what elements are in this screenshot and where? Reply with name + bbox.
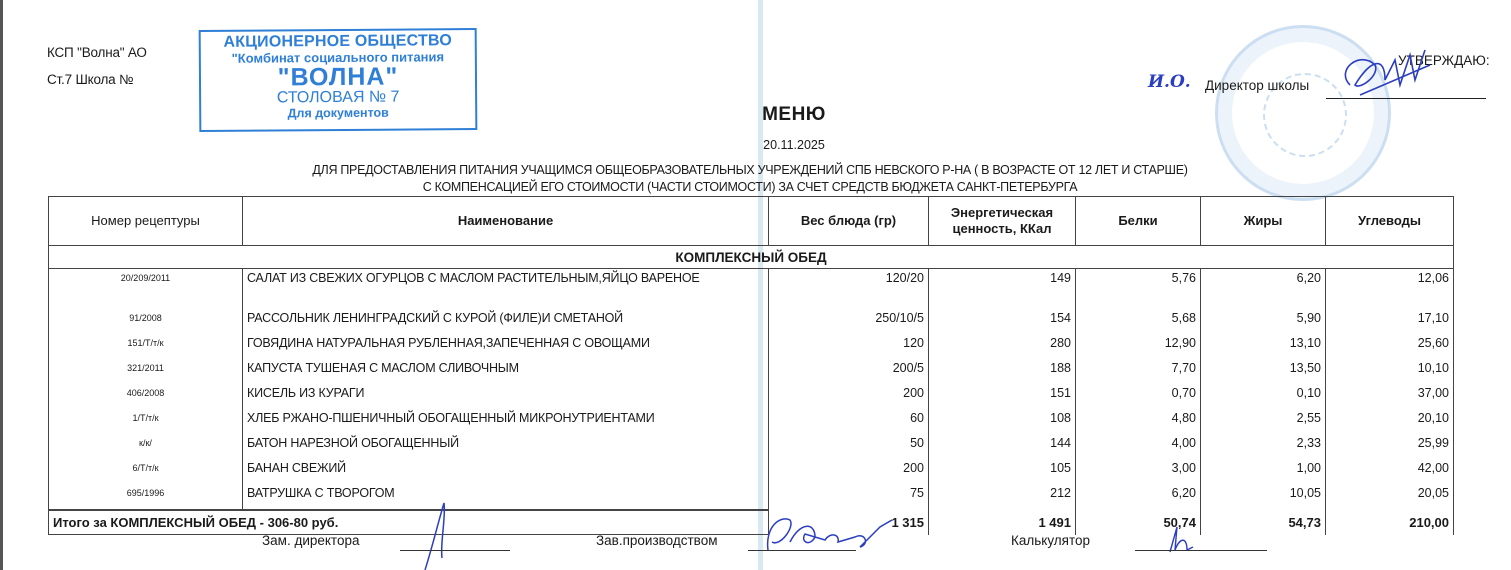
cell-name: ХЛЕБ РЖАНО-ПШЕНИЧНЫЙ ОБОГАЩЕННЫЙ МИКРОНУ… bbox=[243, 409, 769, 434]
cell-name: БАНАН СВЕЖИЙ bbox=[243, 459, 769, 484]
table-row: 1/Т/т/кХЛЕБ РЖАНО-ПШЕНИЧНЫЙ ОБОГАЩЕННЫЙ … bbox=[49, 409, 1454, 434]
cell-protein: 5,76 bbox=[1076, 269, 1201, 310]
table-row: к/к/БАТОН НАРЕЗНОЙ ОБОГАЩЕННЫЙ501444,002… bbox=[49, 434, 1454, 459]
cell-fat: 2,33 bbox=[1201, 434, 1326, 459]
cell-code: 406/2008 bbox=[49, 384, 243, 409]
page-title: МЕНЮ bbox=[0, 104, 1511, 126]
calculator-label: Калькулятор bbox=[1011, 533, 1090, 548]
cell-carbs: 37,00 bbox=[1326, 384, 1454, 409]
cell-carbs: 25,99 bbox=[1326, 434, 1454, 459]
section-row: КОМПЛЕКСНЫЙ ОБЕД bbox=[49, 246, 1454, 269]
cell-carbs: 20,05 bbox=[1326, 484, 1454, 510]
table-row: 406/2008КИСЕЛЬ ИЗ КУРАГИ2001510,700,1037… bbox=[49, 384, 1454, 409]
total-fat: 54,73 bbox=[1201, 510, 1326, 535]
cell-protein: 5,68 bbox=[1076, 309, 1201, 334]
org-name: КСП "Волна" АО bbox=[47, 45, 147, 60]
stamp-line-3: "ВОЛНА" bbox=[201, 64, 475, 90]
cell-energy: 108 bbox=[929, 409, 1076, 434]
cell-protein: 4,80 bbox=[1076, 409, 1201, 434]
org-school: Ст.7 Школа № bbox=[47, 72, 133, 87]
cell-protein: 0,70 bbox=[1076, 384, 1201, 409]
deputy-signature-icon bbox=[420, 498, 460, 570]
production-head-signature-icon bbox=[760, 512, 910, 562]
cell-weight: 200 bbox=[769, 384, 929, 409]
deputy-director-signature-line bbox=[400, 550, 510, 551]
acting-mark: И.О. bbox=[1148, 72, 1191, 92]
cell-weight: 75 bbox=[769, 484, 929, 510]
cell-carbs: 42,00 bbox=[1326, 459, 1454, 484]
cell-protein: 4,00 bbox=[1076, 434, 1201, 459]
table-row: 321/2011КАПУСТА ТУШЕНАЯ С МАСЛОМ СЛИВОЧН… bbox=[49, 359, 1454, 384]
cell-protein: 7,70 bbox=[1076, 359, 1201, 384]
cell-carbs: 10,10 bbox=[1326, 359, 1454, 384]
cell-code: 1/Т/т/к bbox=[49, 409, 243, 434]
cell-name: КАПУСТА ТУШЕНАЯ С МАСЛОМ СЛИВОЧНЫМ bbox=[243, 359, 769, 384]
cell-weight: 250/10/5 bbox=[769, 309, 929, 334]
cell-name: ГОВЯДИНА НАТУРАЛЬНАЯ РУБЛЕННАЯ,ЗАПЕЧЕННА… bbox=[243, 334, 769, 359]
total-energy: 1 491 bbox=[929, 510, 1076, 535]
cell-code: 20/209/2011 bbox=[49, 269, 243, 310]
table-row: 695/1996ВАТРУШКА С ТВОРОГОМ752126,2010,0… bbox=[49, 484, 1454, 510]
cell-carbs: 17,10 bbox=[1326, 309, 1454, 334]
cell-energy: 212 bbox=[929, 484, 1076, 510]
column-header-code: Номер рецептуры bbox=[49, 197, 243, 246]
column-header-carbs: Углеводы bbox=[1326, 197, 1454, 246]
cell-name: КИСЕЛЬ ИЗ КУРАГИ bbox=[243, 384, 769, 409]
director-label: Директор школы bbox=[1205, 78, 1309, 93]
cell-fat: 2,55 bbox=[1201, 409, 1326, 434]
table-row: 6/Т/т/кБАНАН СВЕЖИЙ2001053,001,0042,00 bbox=[49, 459, 1454, 484]
cell-weight: 200 bbox=[769, 459, 929, 484]
column-header-name: Наименование bbox=[243, 197, 769, 246]
cell-name: САЛАТ ИЗ СВЕЖИХ ОГУРЦОВ С МАСЛОМ РАСТИТЕ… bbox=[243, 269, 769, 310]
column-header-energy: Энергетическая ценность, ККал bbox=[929, 197, 1076, 246]
cell-carbs: 20,10 bbox=[1326, 409, 1454, 434]
cell-energy: 144 bbox=[929, 434, 1076, 459]
page-edge bbox=[0, 0, 3, 570]
cell-energy: 154 bbox=[929, 309, 1076, 334]
table-header-row: Номер рецептуры Наименование Вес блюда (… bbox=[49, 197, 1454, 246]
cell-fat: 6,20 bbox=[1201, 269, 1326, 310]
cell-weight: 60 bbox=[769, 409, 929, 434]
deputy-director-label: Зам. директора bbox=[262, 533, 360, 548]
column-header-protein: Белки bbox=[1076, 197, 1201, 246]
cell-fat: 1,00 bbox=[1201, 459, 1326, 484]
cell-energy: 151 bbox=[929, 384, 1076, 409]
calculator-signature-line bbox=[1135, 550, 1267, 551]
cell-code: к/к/ bbox=[49, 434, 243, 459]
cell-name: РАССОЛЬНИК ЛЕНИНГРАДСКИЙ С КУРОЙ (ФИЛЕ)И… bbox=[243, 309, 769, 334]
column-header-weight: Вес блюда (гр) bbox=[769, 197, 929, 246]
cell-energy: 280 bbox=[929, 334, 1076, 359]
cell-weight: 200/5 bbox=[769, 359, 929, 384]
cell-code: 6/Т/т/к bbox=[49, 459, 243, 484]
cell-fat: 10,05 bbox=[1201, 484, 1326, 510]
section-title: КОМПЛЕКСНЫЙ ОБЕД bbox=[49, 246, 1454, 269]
cell-carbs: 25,60 bbox=[1326, 334, 1454, 359]
cell-name: ВАТРУШКА С ТВОРОГОМ bbox=[243, 484, 769, 510]
cell-code: 151/Т/т/к bbox=[49, 334, 243, 359]
table-row: 91/2008РАССОЛЬНИК ЛЕНИНГРАДСКИЙ С КУРОЙ … bbox=[49, 309, 1454, 334]
table-row: 151/Т/т/кГОВЯДИНА НАТУРАЛЬНАЯ РУБЛЕННАЯ,… bbox=[49, 334, 1454, 359]
cell-weight: 120/20 bbox=[769, 269, 929, 310]
cell-fat: 5,90 bbox=[1201, 309, 1326, 334]
cell-energy: 188 bbox=[929, 359, 1076, 384]
subtitle-line-2: С КОМПЕНСАЦИЕЙ ЕГО СТОИМОСТИ (ЧАСТИ СТОИ… bbox=[0, 180, 1500, 194]
cell-protein: 12,90 bbox=[1076, 334, 1201, 359]
cell-name: БАТОН НАРЕЗНОЙ ОБОГАЩЕННЫЙ bbox=[243, 434, 769, 459]
total-carbs: 210,00 bbox=[1326, 510, 1454, 535]
cell-weight: 50 bbox=[769, 434, 929, 459]
table-row: 20/209/2011САЛАТ ИЗ СВЕЖИХ ОГУРЦОВ С МАС… bbox=[49, 269, 1454, 310]
cell-fat: 0,10 bbox=[1201, 384, 1326, 409]
cell-energy: 149 bbox=[929, 269, 1076, 310]
cell-code: 91/2008 bbox=[49, 309, 243, 334]
cell-fat: 13,10 bbox=[1201, 334, 1326, 359]
cell-fat: 13,50 bbox=[1201, 359, 1326, 384]
cell-code: 695/1996 bbox=[49, 484, 243, 510]
cell-protein: 3,00 bbox=[1076, 459, 1201, 484]
cell-carbs: 12,06 bbox=[1326, 269, 1454, 310]
total-label: Итого за КОМПЛЕКСНЫЙ ОБЕД - 306-80 руб. bbox=[49, 510, 769, 535]
calculator-signature-icon bbox=[1165, 522, 1205, 562]
cell-weight: 120 bbox=[769, 334, 929, 359]
column-header-fat: Жиры bbox=[1201, 197, 1326, 246]
cell-energy: 105 bbox=[929, 459, 1076, 484]
menu-table: Номер рецептуры Наименование Вес блюда (… bbox=[48, 196, 1454, 535]
subtitle-line-1: ДЛЯ ПРЕДОСТАВЛЕНИЯ ПИТАНИЯ УЧАЩИМСЯ ОБЩЕ… bbox=[0, 163, 1500, 177]
cell-protein: 6,20 bbox=[1076, 484, 1201, 510]
production-head-label: Зав.производством bbox=[596, 533, 718, 548]
total-row: Итого за КОМПЛЕКСНЫЙ ОБЕД - 306-80 руб.1… bbox=[49, 510, 1454, 535]
menu-date: 20.11.2025 bbox=[0, 138, 1511, 152]
production-head-signature-line bbox=[748, 550, 856, 551]
cell-code: 321/2011 bbox=[49, 359, 243, 384]
